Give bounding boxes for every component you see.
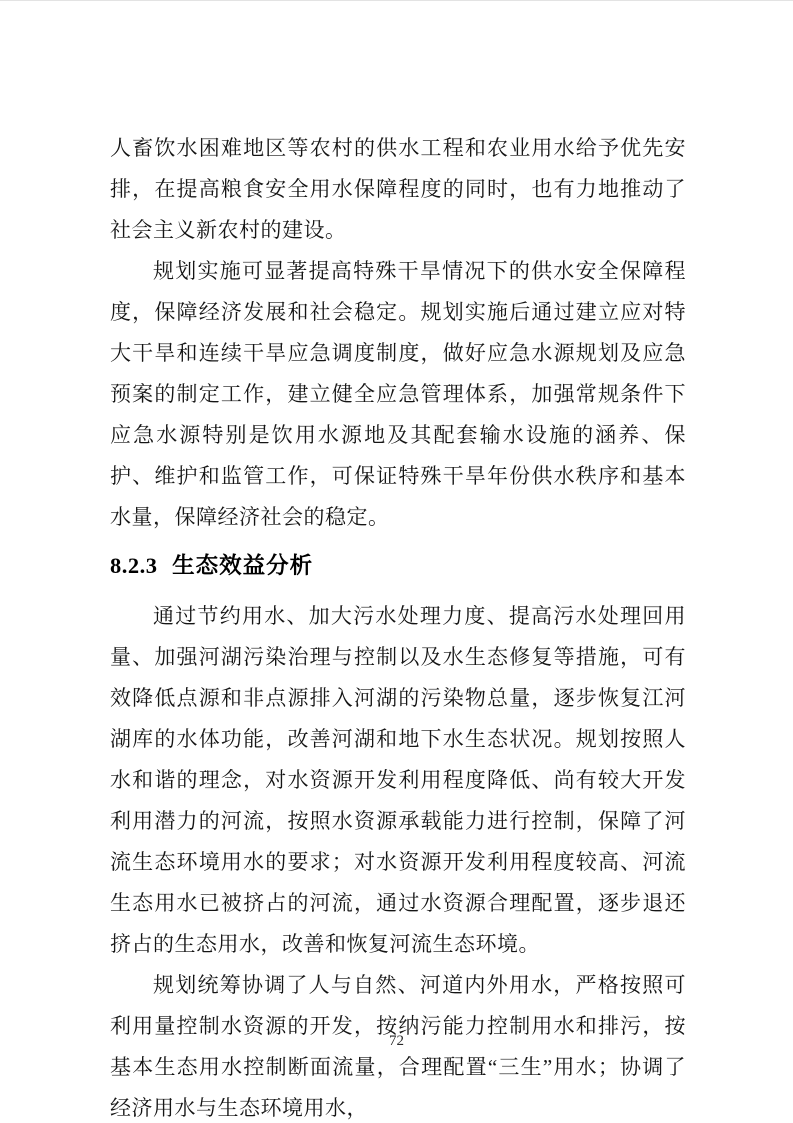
page-body: 人畜饮水困难地区等农村的供水工程和农业用水给予优先安排，在提高粮食安全用水保障程…: [110, 128, 686, 1123]
section-heading: 8.2.3 生态效益分析: [110, 545, 686, 587]
paragraph-rural-water-supply: 人畜饮水困难地区等农村的供水工程和农业用水给予优先安排，在提高粮食安全用水保障程…: [110, 128, 686, 251]
page-footer: 72: [0, 1032, 793, 1050]
paragraph-eco-measures: 通过节约用水、加大污水处理力度、提高污水处理回用量、加强河湖污染治理与控制以及水…: [110, 596, 686, 965]
paragraph-drought-security: 规划实施可显著提高特殊干旱情况下的供水安全保障程度，保障经济发展和社会稳定。规划…: [110, 251, 686, 538]
section-heading-title: 生态效益分析: [172, 553, 313, 578]
document-page: 人畜饮水困难地区等农村的供水工程和农业用水给予优先安排，在提高粮食安全用水保障程…: [0, 0, 793, 1123]
section-heading-number: 8.2.3: [110, 553, 158, 578]
page-number: 72: [389, 1033, 404, 1049]
